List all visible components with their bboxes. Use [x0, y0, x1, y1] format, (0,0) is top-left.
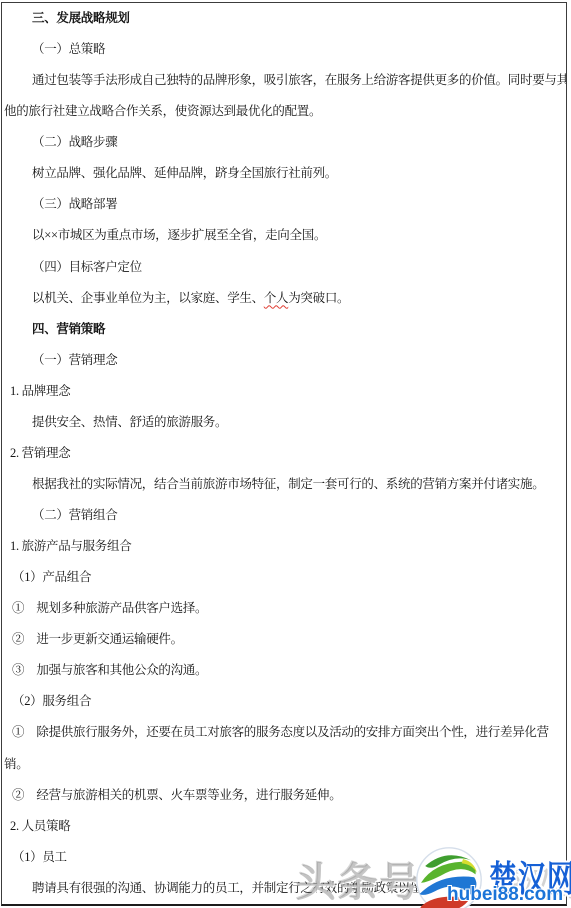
- numbered-heading: 2. 人员策略: [2, 811, 566, 842]
- paragraph-line: 通过包装等手法形成自己独特的品牌形象，吸引旅客，在服务上给游客提供更多的价值。同…: [2, 65, 566, 96]
- numbered-heading: 2. 营销理念: [2, 438, 566, 469]
- paragraph-continuation: 销。: [2, 749, 566, 780]
- paragraph-line: 以××市城区为重点市场，逐步扩展至全省，走向全国。: [2, 220, 566, 251]
- circled-list-item: ② 经营与旅游相关的机票、火车票等业务，进行服务延伸。: [2, 780, 566, 811]
- document-page: { "page": { "background": "#ffffff", "bo…: [0, 0, 571, 908]
- subsection-heading: （四）目标客户定位: [2, 252, 566, 283]
- watermark-site-domain: hubei88.com: [447, 884, 563, 906]
- subsection-heading: （一）总策略: [2, 34, 566, 65]
- paragraph-text: 以机关、企事业单位为主，以家庭、学生、: [32, 291, 264, 305]
- subsection-heading: （三）战略部署: [2, 189, 566, 220]
- section-heading: 四、营销策略: [2, 314, 566, 345]
- circled-list-item: ① 规划多种旅游产品供客户选择。: [2, 593, 566, 624]
- paragraph-text: 为突破口。: [288, 291, 349, 305]
- numbered-heading: 1. 品牌理念: [2, 376, 566, 407]
- page-border-box: 三、发展战略规划 （一）总策略 通过包装等手法形成自己独特的品牌形象，吸引旅客，…: [1, 2, 567, 906]
- subsection-heading: （二）战略步骤: [2, 127, 566, 158]
- paragraph-continuation: 他的旅行社建立战略合作关系，使资源达到最优化的配置。: [2, 96, 566, 127]
- paragraph-line: 根据我社的实际情况，结合当前旅游市场特征，制定一套可行的、系统的营销方案并付诸实…: [2, 469, 566, 500]
- subsection-heading: （一）营销理念: [2, 345, 566, 376]
- circled-list-item: ③ 加强与旅客和其他公众的沟通。: [2, 655, 566, 686]
- sub-numbered-heading: （1）产品组合: [2, 562, 566, 593]
- sub-numbered-heading: （2）服务组合: [2, 686, 566, 717]
- numbered-heading: 1. 旅游产品与服务组合: [2, 531, 566, 562]
- section-heading: 三、发展战略规划: [2, 3, 566, 34]
- circled-list-item: ② 进一步更新交通运输硬件。: [2, 624, 566, 655]
- paragraph-line: 以机关、企事业单位为主，以家庭、学生、个人为突破口。: [2, 283, 566, 314]
- paragraph-line: 树立品牌、强化品牌、延伸品牌，跻身全国旅行社前列。: [2, 158, 566, 189]
- circled-list-item: ① 除提供旅行服务外，还要在员工对旅客的服务态度以及活动的安排方面突出个性，进行…: [2, 717, 566, 748]
- spellcheck-underlined-word: 个人: [264, 291, 288, 305]
- subsection-heading: （二）营销组合: [2, 500, 566, 531]
- paragraph-line: 提供安全、热情、舒适的旅游服务。: [2, 407, 566, 438]
